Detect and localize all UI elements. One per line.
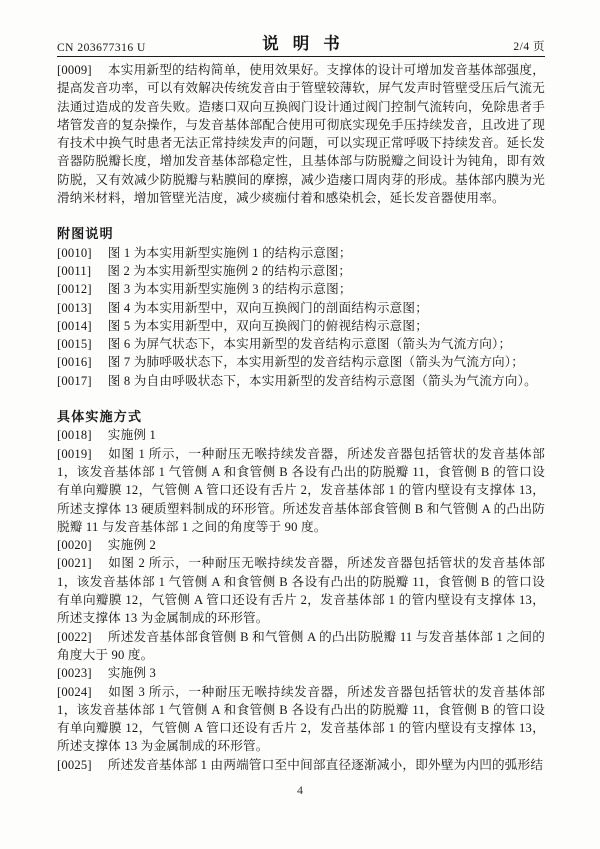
figure-item-0010: [0010]图 1 为本实用新型实施例 1 的结构示意图；: [57, 244, 545, 262]
paragraph-number: [0020]: [57, 536, 92, 554]
section-heading-figures: 附图说明: [57, 225, 545, 243]
paragraph-number: [0019]: [57, 445, 92, 463]
document-number: CN 203677316 U: [57, 42, 146, 54]
figure-item-0015: [0015]图 6 为屏气状态下，本实用新型的发音结构示意图（箭头为气流方向）；: [57, 335, 545, 353]
paragraph-0019: [0019]如图 1 所示，一种耐压无喉持续发音器，所述发音器包括管状的发音基体…: [57, 445, 545, 536]
paragraph-text: 图 7 为肺呼吸状态下，本实用新型的发音结构示意图（箭头为气流方向）；: [108, 355, 524, 369]
page-header: CN 203677316 U 说明书 2/4 页: [57, 38, 545, 54]
paragraph-text: 如图 3 所示，一种耐压无喉持续发音器，所述发音器包括管状的发音基体部 1，该发…: [57, 685, 545, 754]
section-heading-embodiments: 具体实施方式: [57, 408, 545, 426]
paragraph-0018: [0018]实施例 1: [57, 426, 545, 444]
paragraph-0025: [0025]所述发音基体部 1 由两端管口至中间部直径逐渐减小，即外壁为内凹的弧…: [57, 756, 545, 774]
paragraph-text: 图 4 为本实用新型中，双向互换阀门的剖面结构示意图；: [108, 301, 428, 315]
paragraph-number: [0013]: [57, 299, 92, 317]
figure-item-0016: [0016]图 7 为肺呼吸状态下，本实用新型的发音结构示意图（箭头为气流方向）…: [57, 353, 545, 371]
header-divider: [57, 56, 545, 57]
paragraph-text: 图 2 为本实用新型实施例 2 的结构示意图；: [107, 264, 351, 278]
paragraph-0023: [0023]实施例 3: [57, 664, 545, 682]
paragraph-text: 所述发音基体部食管侧 B 和气管侧 A 的凸出防脱瓣 11 与发音基体部 1 之…: [57, 630, 545, 662]
paragraph-number: [0022]: [57, 628, 92, 646]
paragraph-0022: [0022]所述发音基体部食管侧 B 和气管侧 A 的凸出防脱瓣 11 与发音基…: [57, 628, 545, 665]
paragraph-text: 所述发音基体部 1 由两端管口至中间部直径逐渐减小，即外壁为内凹的弧形结: [108, 758, 543, 772]
paragraph-0009: [0009]本实用新型的结构简单，使用效果好。支撑体的设计可增加发音基体部强度，…: [57, 61, 545, 207]
paragraph-text: 本实用新型的结构简单，使用效果好。支撑体的设计可增加发音基体部强度，提高发音功率…: [57, 63, 545, 205]
paragraph-number: [0016]: [57, 353, 92, 371]
paragraph-text: 实施例 1: [108, 428, 156, 442]
paragraph-number: [0015]: [57, 335, 92, 353]
paragraph-text: 如图 2 所示，一种耐压无喉持续发音器，所述发音器包括管状的发音基体部 1，该发…: [57, 556, 545, 625]
paragraph-number: [0014]: [57, 317, 92, 335]
paragraph-number: [0011]: [57, 262, 91, 280]
paragraph-number: [0017]: [57, 372, 92, 390]
paragraph-0021: [0021]如图 2 所示，一种耐压无喉持续发音器，所述发音器包括管状的发音基体…: [57, 554, 545, 627]
footer-page-number: 4: [0, 783, 600, 798]
paragraph-0020: [0020]实施例 2: [57, 536, 545, 554]
paragraph-number: [0025]: [57, 756, 92, 774]
paragraph-text: 实施例 3: [108, 666, 156, 680]
paragraph-number: [0012]: [57, 280, 92, 298]
paragraph-number: [0018]: [57, 426, 92, 444]
figure-item-0014: [0014]图 5 为本实用新型中，双向互换阀门的俯视结构示意图；: [57, 317, 545, 335]
paragraph-0024: [0024]如图 3 所示，一种耐压无喉持续发音器，所述发音器包括管状的发音基体…: [57, 683, 545, 756]
page-indicator: 2/4 页: [513, 38, 545, 54]
paragraph-text: 图 1 为本实用新型实施例 1 的结构示意图；: [108, 246, 352, 260]
paragraph-number: [0024]: [57, 683, 92, 701]
paragraph-number: [0021]: [57, 554, 92, 572]
paragraph-text: 图 5 为本实用新型中，双向互换阀门的俯视结构示意图；: [108, 319, 428, 333]
paragraph-number: [0023]: [57, 664, 92, 682]
document-title: 说明书: [262, 30, 354, 54]
paragraph-text: 如图 1 所示，一种耐压无喉持续发音器，所述发音器包括管状的发音基体部 1，该发…: [57, 447, 545, 534]
patent-specification-page: CN 203677316 U 说明书 2/4 页 [0009]本实用新型的结构简…: [0, 0, 600, 849]
paragraph-text: 实施例 2: [108, 538, 156, 552]
figure-item-0013: [0013]图 4 为本实用新型中，双向互换阀门的剖面结构示意图；: [57, 299, 545, 317]
figure-item-0011: [0011]图 2 为本实用新型实施例 2 的结构示意图；: [57, 262, 545, 280]
figure-item-0012: [0012]图 3 为本实用新型实施例 3 的结构示意图；: [57, 280, 545, 298]
paragraph-text: 图 3 为本实用新型实施例 3 的结构示意图；: [108, 282, 352, 296]
document-body: [0009]本实用新型的结构简单，使用效果好。支撑体的设计可增加发音基体部强度，…: [57, 61, 545, 774]
figure-item-0017: [0017]图 8 为自由呼吸状态下，本实用新型的发音结构示意图（箭头为气流方向…: [57, 372, 545, 390]
paragraph-text: 图 6 为屏气状态下，本实用新型的发音结构示意图（箭头为气流方向）；: [108, 337, 512, 351]
paragraph-text: 图 8 为自由呼吸状态下，本实用新型的发音结构示意图（箭头为气流方向）。: [108, 374, 537, 388]
paragraph-number: [0010]: [57, 244, 92, 262]
paragraph-number: [0009]: [57, 61, 92, 79]
